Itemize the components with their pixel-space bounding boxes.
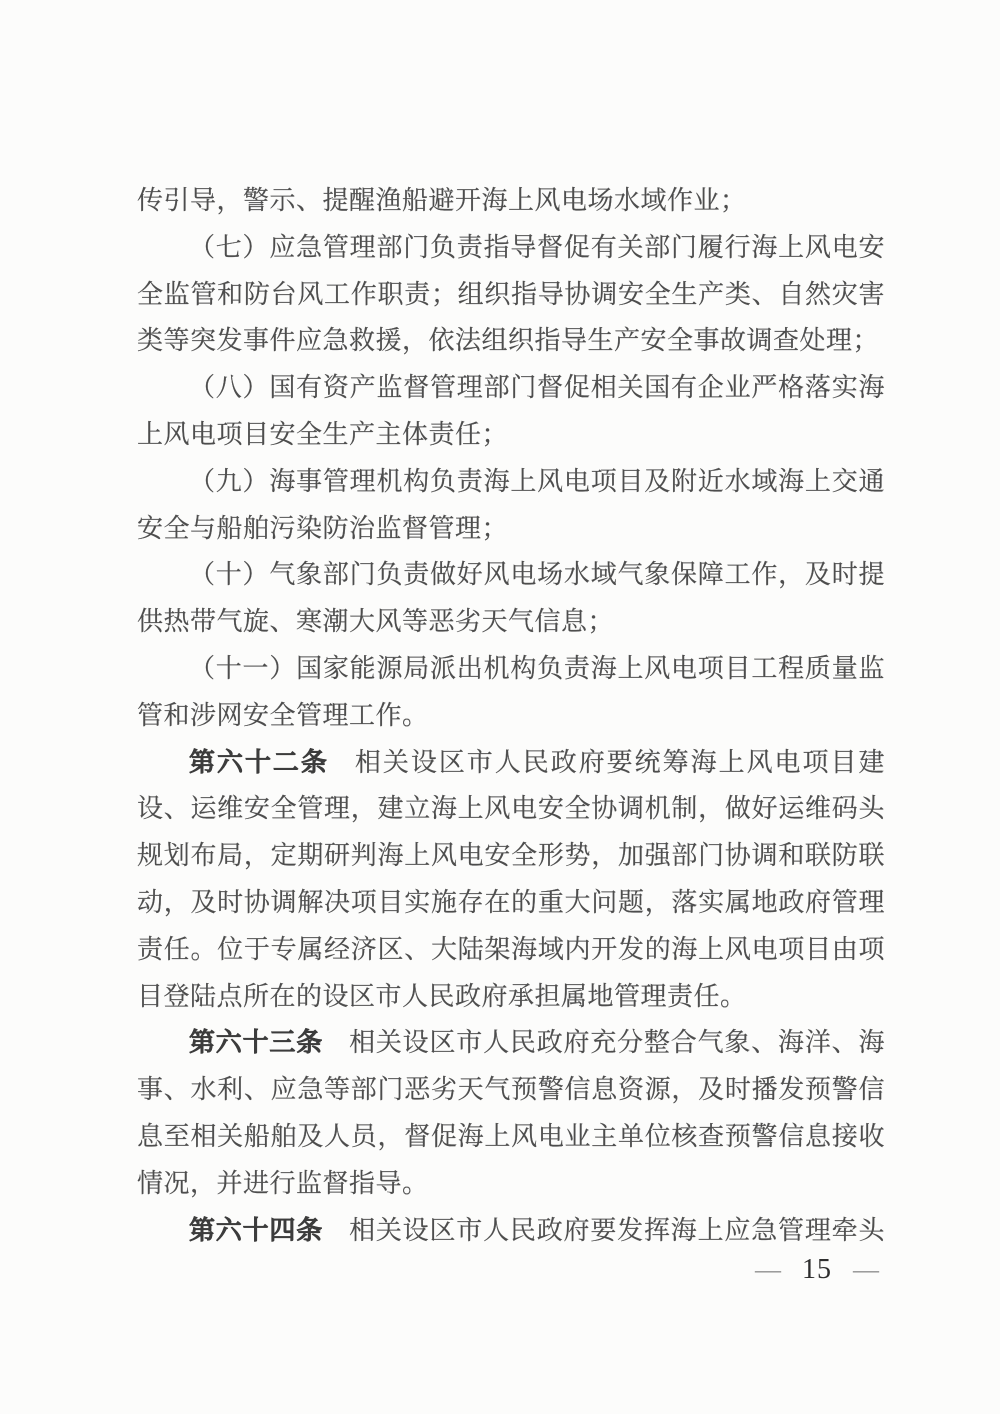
text-line-content: 安全与船舶污染防治监督管理； — [137, 514, 508, 543]
text-line: 管和涉网安全管理工作。 — [137, 693, 885, 740]
text-line-content: 类等突发事件应急救援，依法组织指导生产安全事故调查处理； — [137, 326, 879, 355]
text-line-content: 供热带气旋、寒潮大风等恶劣天气信息； — [137, 607, 614, 636]
text-line: 全监管和防台风工作职责；组织指导协调安全生产类、自然灾害 — [137, 272, 885, 319]
article-62-label: 第六十二条 — [189, 748, 329, 777]
text-line-content: （七）应急管理部门负责指导督促有关部门履行海上风电安 — [189, 233, 885, 262]
text-line: 责任。位于专属经济区、大陆架海域内开发的海上风电项目由项 — [137, 927, 885, 974]
text-line: 动，及时协调解决项目实施存在的重大问题，落实属地政府管理 — [137, 880, 885, 927]
text-line: （八）国有资产监督管理部门督促相关国有企业严格落实海 — [137, 365, 885, 412]
text-line: 上风电项目安全生产主体责任； — [137, 412, 885, 459]
text-line-article-64: 第六十四条相关设区市人民政府要发挥海上应急管理牵头 — [137, 1208, 885, 1255]
text-line-content: （十）气象部门负责做好风电场水域气象保障工作，及时提 — [189, 560, 885, 589]
text-line: 息至相关船舶及人员，督促海上风电业主单位核查预警信息接收 — [137, 1114, 885, 1161]
text-line: （十一）国家能源局派出机构负责海上风电项目工程质量监 — [137, 646, 885, 693]
text-line-content: 相关设区市人民政府充分整合气象、海洋、海 — [349, 1028, 885, 1057]
text-line-content: 动，及时协调解决项目实施存在的重大问题，落实属地政府管理 — [137, 888, 885, 917]
article-63-label: 第六十三条 — [189, 1028, 323, 1057]
text-line: 类等突发事件应急救援，依法组织指导生产安全事故调查处理； — [137, 318, 885, 365]
text-line-content: 相关设区市人民政府要统筹海上风电项目建 — [355, 748, 885, 777]
text-line: （七）应急管理部门负责指导督促有关部门履行海上风电安 — [137, 225, 885, 272]
text-line: 安全与船舶污染防治监督管理； — [137, 506, 885, 553]
text-line-content: 全监管和防台风工作职责；组织指导协调安全生产类、自然灾害 — [137, 280, 885, 309]
text-line: （十）气象部门负责做好风电场水域气象保障工作，及时提 — [137, 552, 885, 599]
text-line: 传引导，警示、提醒渔船避开海上风电场水域作业； — [137, 178, 885, 225]
text-line-content: 相关设区市人民政府要发挥海上应急管理牵头 — [349, 1216, 885, 1245]
text-block: 传引导，警示、提醒渔船避开海上风电场水域作业； （七）应急管理部门负责指导督促有… — [137, 178, 885, 1254]
text-line-article-62: 第六十二条相关设区市人民政府要统筹海上风电项目建 — [137, 740, 885, 787]
text-line-content: 情况，并进行监督指导。 — [137, 1169, 429, 1198]
article-64-label: 第六十四条 — [189, 1216, 323, 1245]
text-line-content: 目登陆点所在的设区市人民政府承担属地管理责任。 — [137, 982, 747, 1011]
text-line-content: （十一）国家能源局派出机构负责海上风电项目工程质量监 — [189, 654, 885, 683]
text-line-content: 上风电项目安全生产主体责任； — [137, 420, 508, 449]
document-page: 传引导，警示、提醒渔船避开海上风电场水域作业； （七）应急管理部门负责指导督促有… — [0, 0, 1000, 1414]
text-line: 设、运维安全管理，建立海上风电安全协调机制，做好运维码头 — [137, 786, 885, 833]
text-line-content: 管和涉网安全管理工作。 — [137, 701, 429, 730]
text-line-content: 设、运维安全管理，建立海上风电安全协调机制，做好运维码头 — [137, 794, 885, 823]
text-line: 情况，并进行监督指导。 — [137, 1161, 885, 1208]
text-line: （九）海事管理机构负责海上风电项目及附近水域海上交通 — [137, 459, 885, 506]
text-line: 事、水利、应急等部门恶劣天气预警信息资源，及时播发预警信 — [137, 1067, 885, 1114]
page-number-value: 15 — [802, 1252, 832, 1288]
text-line: 规划布局，定期研判海上风电安全形势，加强部门协调和联防联 — [137, 833, 885, 880]
text-line-content: 传引导，警示、提醒渔船避开海上风电场水域作业； — [137, 186, 747, 215]
text-line: 目登陆点所在的设区市人民政府承担属地管理责任。 — [137, 974, 885, 1021]
text-line-content: 规划布局，定期研判海上风电安全形势，加强部门协调和联防联 — [137, 841, 885, 870]
page-number-dash-left: — — [755, 1252, 781, 1288]
text-line-content: （九）海事管理机构负责海上风电项目及附近水域海上交通 — [189, 467, 885, 496]
page-number: — 15 — — [755, 1252, 879, 1288]
page-number-dash-right: — — [853, 1252, 879, 1288]
text-line-content: 息至相关船舶及人员，督促海上风电业主单位核查预警信息接收 — [137, 1122, 885, 1151]
text-line-content: 责任。位于专属经济区、大陆架海域内开发的海上风电项目由项 — [137, 935, 885, 964]
text-line: 供热带气旋、寒潮大风等恶劣天气信息； — [137, 599, 885, 646]
text-line-content: （八）国有资产监督管理部门督促相关国有企业严格落实海 — [189, 373, 885, 402]
text-line-content: 事、水利、应急等部门恶劣天气预警信息资源，及时播发预警信 — [137, 1075, 885, 1104]
text-line-article-63: 第六十三条相关设区市人民政府充分整合气象、海洋、海 — [137, 1020, 885, 1067]
